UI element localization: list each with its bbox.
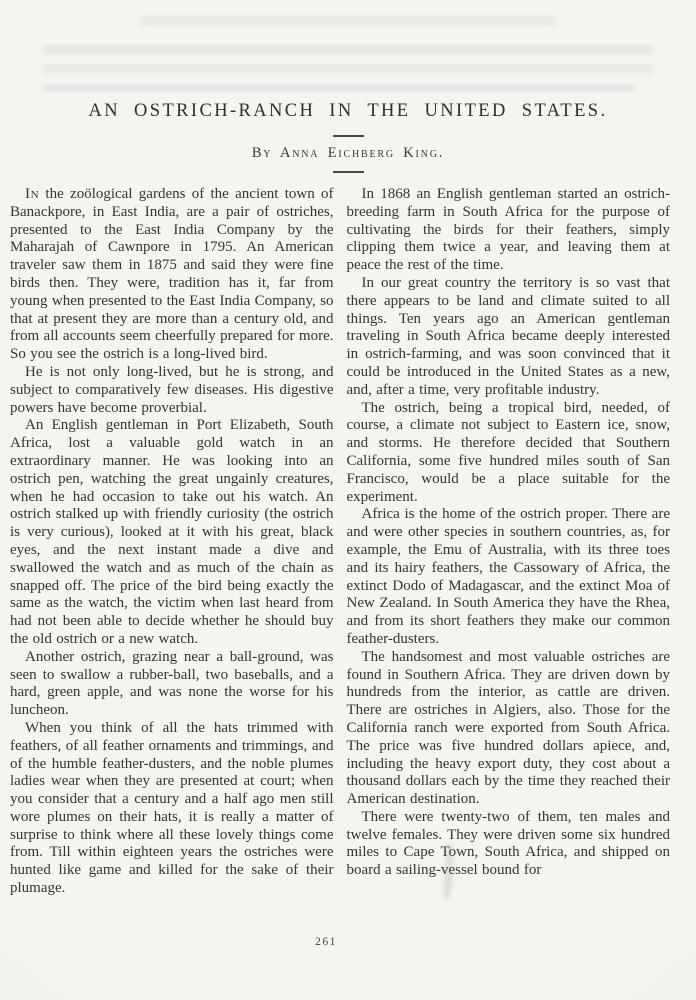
paragraph: The handsomest and most valuable ostrich… bbox=[347, 649, 671, 809]
lead-word: In bbox=[25, 186, 39, 202]
paragraph: There were twenty-two of them, ten males… bbox=[347, 809, 671, 880]
divider-bottom bbox=[333, 171, 364, 173]
article-header: AN OSTRICH-RANCH IN THE UNITED STATES. B… bbox=[0, 0, 696, 173]
paragraph: In the zoölogical gardens of the ancient… bbox=[10, 186, 334, 364]
paragraph: When you think of all the hats trimmed w… bbox=[10, 720, 334, 898]
paragraph: In our great country the territory is so… bbox=[347, 275, 671, 400]
paragraph: Africa is the home of the ostrich proper… bbox=[347, 506, 671, 648]
article-body: In the zoölogical gardens of the ancient… bbox=[0, 186, 696, 898]
paragraph: Another ostrich, grazing near a ball-gro… bbox=[10, 649, 334, 720]
byline: By Anna Eichberg King. bbox=[0, 145, 696, 162]
scanned-page: AN OSTRICH-RANCH IN THE UNITED STATES. B… bbox=[0, 0, 696, 1000]
divider-top bbox=[333, 135, 364, 137]
paragraph: In 1868 an English gentleman started an … bbox=[347, 186, 671, 275]
column-left: In the zoölogical gardens of the ancient… bbox=[10, 186, 334, 898]
page-number: 261 bbox=[0, 936, 652, 948]
article-title: AN OSTRICH-RANCH IN THE UNITED STATES. bbox=[0, 101, 696, 122]
paragraph: An English gentleman in Port Elizabeth, … bbox=[10, 417, 334, 648]
paragraph: The ostrich, being a tropical bird, need… bbox=[347, 400, 671, 507]
column-right: In 1868 an English gentleman started an … bbox=[347, 186, 671, 898]
paragraph: He is not only long-lived, but he is str… bbox=[10, 364, 334, 417]
